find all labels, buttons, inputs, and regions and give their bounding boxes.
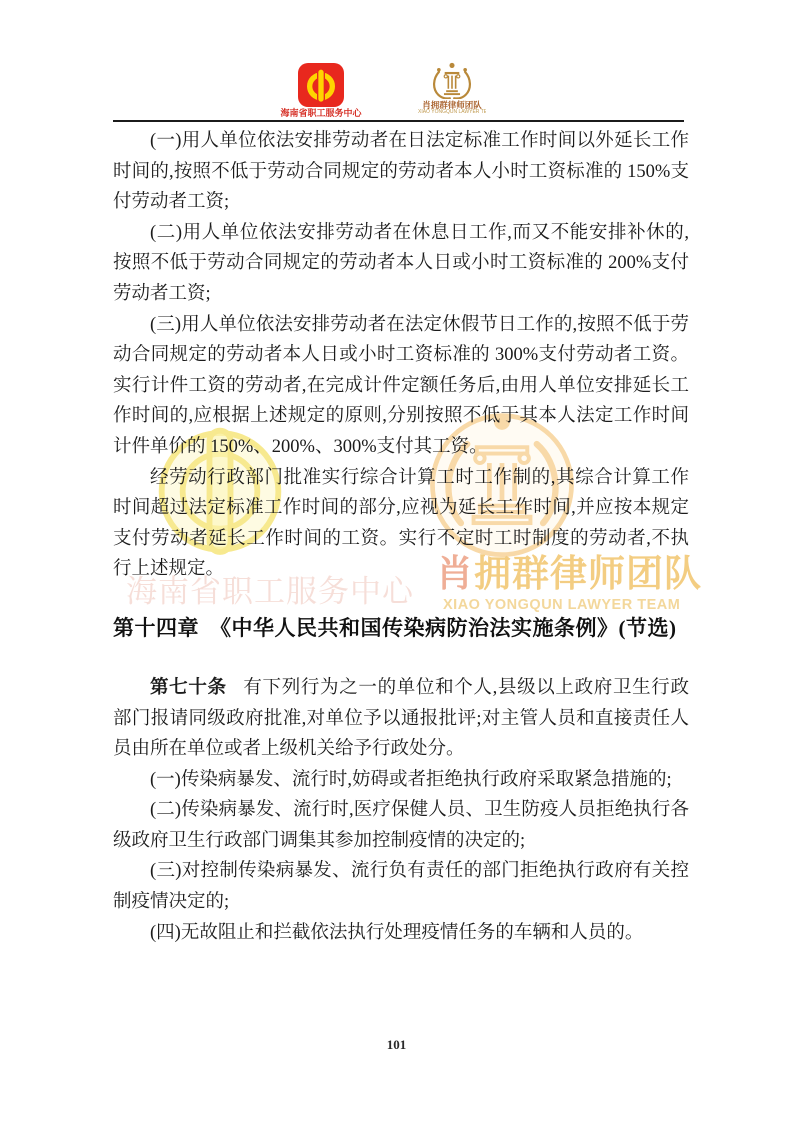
page-number: 101: [0, 1037, 793, 1053]
union-logo: [298, 63, 344, 107]
paragraph-overtime-150: (一)用人单位依法安排劳动者在日法定标准工作时间以外延长工作时间的,按照不低于劳…: [113, 126, 689, 218]
paragraph-comprehensive-hours: 经劳动行政部门批准实行综合计算工时工作制的,其综合计算工作时间超过法定标准工作时…: [113, 463, 689, 585]
document-body: (一)用人单位依法安排劳动者在日法定标准工作时间以外延长工作时间的,按照不低于劳…: [113, 126, 689, 948]
paragraph-holiday-300: (三)用人单位依法安排劳动者在法定休假节日工作的,按照不低于劳动合同规定的劳动者…: [113, 310, 689, 463]
article-70-paragraph: 第七十条有下列行为之一的单位和个人,县级以上政府卫生行政部门报请同级政府批准,对…: [113, 673, 689, 765]
union-logo-caption: 海南省职工服务中心: [278, 106, 364, 119]
document-page: 海南省职工服务中心 肖拥群律师团队 XIAO YONGQUN LAWYER TE…: [0, 0, 793, 1122]
article-70-item-1: (一)传染病暴发、流行时,妨碍或者拒绝执行政府采取紧急措施的;: [113, 765, 689, 796]
lawyer-logo-caption-en: XIAO YONGQUN LAWYER TEAM: [418, 109, 486, 115]
article-70-item-4: (四)无故阻止和拦截依法执行处理疫情任务的车辆和人员的。: [113, 918, 689, 949]
chapter-heading: 第十四章 《中华人民共和国传染病防治法实施条例》(节选): [113, 613, 689, 643]
paragraph-restday-200: (二)用人单位依法安排劳动者在休息日工作,而又不能安排补休的,按照不低于劳动合同…: [113, 218, 689, 310]
union-emblem-icon: [301, 65, 341, 105]
header-divider: [113, 120, 684, 122]
article-70-number: 第七十条: [150, 678, 227, 698]
article-70-item-3: (三)对控制传染病暴发、流行负有责任的部门拒绝执行政府有关控制疫情决定的;: [113, 856, 689, 917]
lawyer-logo-icon: [429, 61, 475, 99]
article-70-item-2: (二)传染病暴发、流行时,医疗保健人员、卫生防疫人员拒绝执行各级政府卫生行政部门…: [113, 795, 689, 856]
